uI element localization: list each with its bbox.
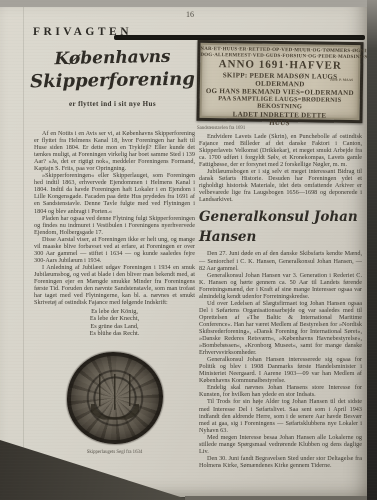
guild-seal-photo bbox=[67, 352, 163, 444]
paragraph: Generalkonsul Johan Hansen interesserede… bbox=[199, 356, 362, 384]
scanned-magazine-page: 16 FRIVAGTEN Københavns Skipperforening … bbox=[0, 0, 377, 500]
paragraph: Disse Aarstal viser, at Foreningen ikke … bbox=[34, 236, 195, 264]
right-text-column: Endvidere Lavets Lade (Skrin), en Punche… bbox=[199, 133, 362, 469]
seal-caption: Skipperlaugets Segl fra 1634 bbox=[34, 450, 195, 455]
seal-figure: Skipperlaugets Segl fra 1634 bbox=[34, 352, 195, 455]
paragraph: Endelig skal nævnes Johan Hansens store … bbox=[199, 384, 362, 398]
article-title-line2: Skipperforening bbox=[30, 68, 195, 95]
verse-line: Es lebe der König, bbox=[34, 308, 195, 315]
seal-ship-motif bbox=[91, 374, 139, 420]
paragraph: Til Trods for sin høje Alder tog Johan H… bbox=[199, 398, 362, 433]
paragraph: Pladen har ogsaa ved denne Flytning fulg… bbox=[34, 215, 195, 236]
inscription-verse: Es lebe der König, Es lebe der Knecht, E… bbox=[34, 308, 195, 337]
article-title-line1: Københavns bbox=[30, 45, 195, 70]
paragraph: »Skipperforeningen« eller Skipperlauget,… bbox=[34, 172, 195, 214]
plaque-figure: NAR·ET·HUUS·ER·RETTED·OP·VED·MUUR·OG·TØM… bbox=[197, 41, 363, 131]
paragraph: I Anledning af Jubilæet udgav Foreningen… bbox=[34, 264, 195, 306]
scanner-bed-right-strip bbox=[367, 0, 377, 500]
paragraph: Den 30. Juni fandt Begravelsen Sted unde… bbox=[199, 455, 362, 469]
scanner-bed-top-strip bbox=[0, 0, 377, 7]
plaque-signature: JOH: P. MAAS bbox=[330, 78, 353, 82]
obituary-heading: Generalkonsul Johan Hansen bbox=[199, 207, 362, 247]
sandstone-plaque-photo: NAR·ET·HUUS·ER·RETTED·OP·VED·MUUR·OG·TØM… bbox=[196, 40, 363, 123]
verse-line: Es lebe der Knecht, bbox=[34, 315, 195, 322]
paragraph: Den 27. Juni døde en af den danske Skibs… bbox=[199, 250, 362, 271]
paragraph: Jubilæumsbogen er i sig selv et meget in… bbox=[199, 168, 362, 203]
masthead-rule bbox=[114, 35, 365, 40]
left-text-column: Af en Notits i en Avis ser vi, at Københ… bbox=[34, 130, 195, 337]
verse-line: Es grüne das Land, bbox=[34, 323, 195, 330]
verse-line: Es blühe das Recht. bbox=[34, 330, 195, 337]
paragraph: Ud over Ledelsen af Slægtsfirmaet tog Jo… bbox=[199, 300, 362, 356]
page-crease bbox=[23, 7, 24, 497]
paragraph: Endvidere Lavets Lade (Skrin), en Punche… bbox=[199, 133, 362, 168]
paragraph: Med megen Interesse besaa Johan Hansen a… bbox=[199, 434, 362, 455]
article-title-block: Københavns Skipperforening er flyttet in… bbox=[30, 47, 195, 108]
page-bottom-shadow bbox=[185, 496, 367, 500]
article-subtitle: er flyttet ind i sit nye Hus bbox=[30, 100, 195, 108]
paragraph: Generalkonsul Johan Hansen var 3. Genera… bbox=[199, 272, 362, 300]
paragraph: Af en Notits i en Avis ser vi, at Københ… bbox=[34, 130, 195, 172]
page-number: 16 bbox=[178, 10, 202, 19]
